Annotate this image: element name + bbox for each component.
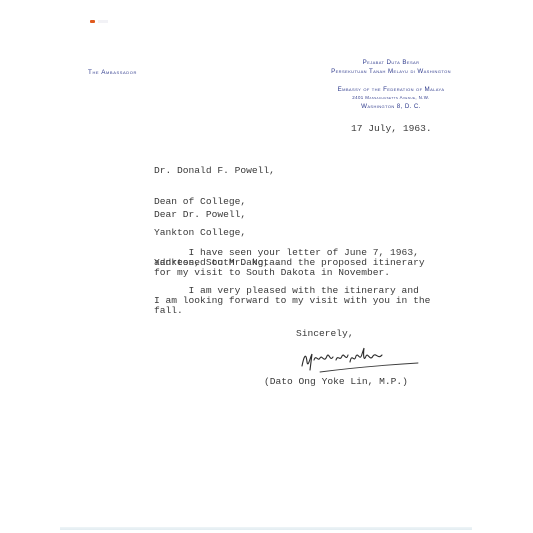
letterhead-city: Washington 8, D. C. xyxy=(300,102,482,111)
address-line: Yankton College, xyxy=(154,228,281,238)
address-line: Dr. Donald F. Powell, xyxy=(154,166,281,176)
letterhead-line: Persekutuan Tanah Melayu di Washington xyxy=(300,67,482,76)
address-line: Dean of College, xyxy=(154,197,281,207)
faint-mark xyxy=(98,20,108,23)
letterhead-line: Embassy of the Federation of Malaya xyxy=(300,85,482,94)
closing: Sincerely, xyxy=(296,328,354,339)
body-paragraph: I have seen your letter of June 7, 1963,… xyxy=(154,248,425,279)
salutation: Dear Dr. Powell, xyxy=(154,209,246,220)
embassy-letterhead: Pejabat Duta Besar Persekutuan Tanah Mel… xyxy=(300,58,482,111)
letter-date: 17 July, 1963. xyxy=(351,123,432,134)
letter-page: The Ambassador Pejabat Duta Besar Persek… xyxy=(0,0,533,533)
signature-icon xyxy=(300,346,425,374)
body-paragraph: I am very pleased with the itinerary and… xyxy=(154,286,430,317)
signatory-name: (Dato Ong Yoke Lin, M.P.) xyxy=(264,376,408,387)
ambassador-title: The Ambassador xyxy=(88,69,137,76)
red-mark xyxy=(90,20,95,23)
letterhead-line: Pejabat Duta Besar xyxy=(300,58,482,67)
letterhead-address: 2401 Massachusetts Avenue, N.W. xyxy=(300,94,482,102)
page-bottom-edge xyxy=(60,527,472,530)
